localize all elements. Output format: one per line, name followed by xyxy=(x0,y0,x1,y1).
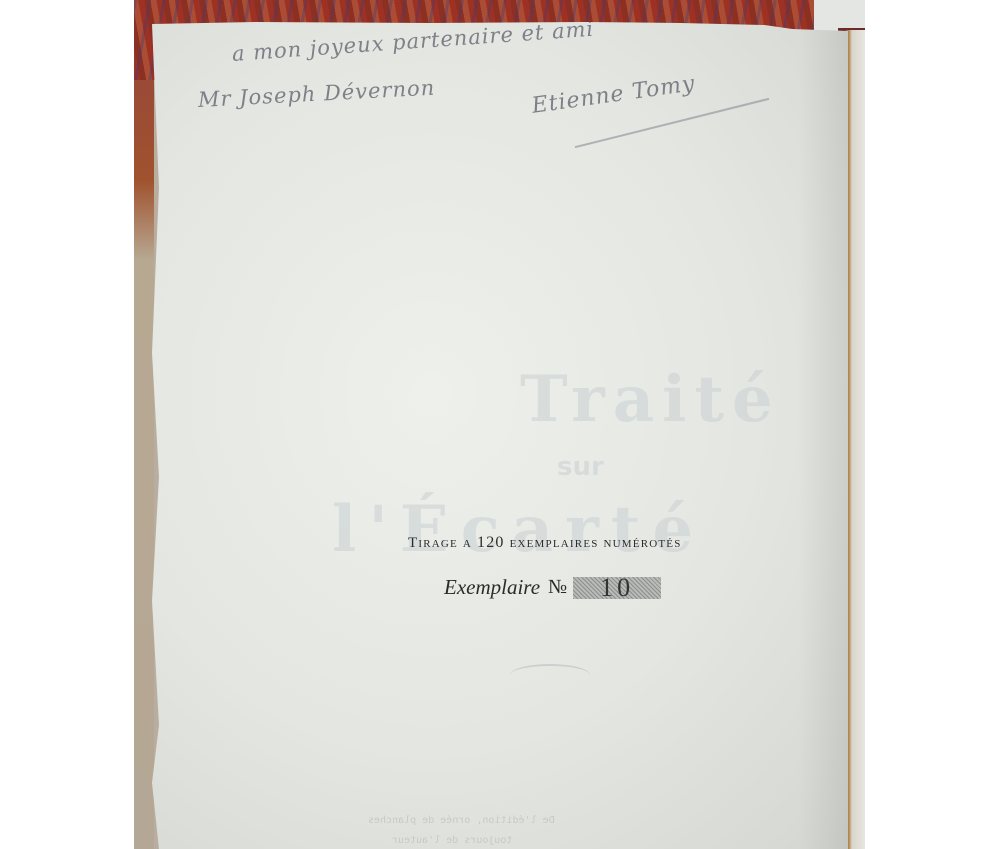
copy-label: Exemplaire xyxy=(444,575,540,600)
copy-number-value: 10 xyxy=(573,577,661,599)
signature: Etienne Tomy xyxy=(530,71,697,119)
flyleaf-page: a mon joyeux partenaire et ami Mr Joseph… xyxy=(152,22,848,849)
print-run-prefix: Tirage a xyxy=(408,535,477,551)
dedication-line-2: Mr Joseph Dévernon xyxy=(197,76,435,112)
book-photo: a mon joyeux partenaire et ami Mr Joseph… xyxy=(134,0,865,849)
print-run-notice: Tirage a 120 exemplaires numérotés xyxy=(408,534,682,552)
cover-edge xyxy=(134,80,154,849)
print-run-suffix: exemplaires numérotés xyxy=(505,535,682,551)
number-sign-icon: № xyxy=(548,576,567,599)
show-through-imprint-2: toujours de l'auteur xyxy=(392,835,512,846)
print-run-count: 120 xyxy=(477,534,505,551)
show-through-imprint-1: De l'édition, ornée de planches xyxy=(368,815,555,826)
dedication-line-1: a mon joyeux partenaire et ami xyxy=(231,17,595,66)
show-through-title-2: sur xyxy=(557,452,604,482)
show-through-title-1: Traité xyxy=(520,362,781,437)
ornament-icon xyxy=(510,664,590,686)
next-page xyxy=(846,30,865,849)
copy-number-line: Exemplaire № 10 xyxy=(444,575,661,600)
show-through-title-3: l'Écarté xyxy=(332,492,705,567)
